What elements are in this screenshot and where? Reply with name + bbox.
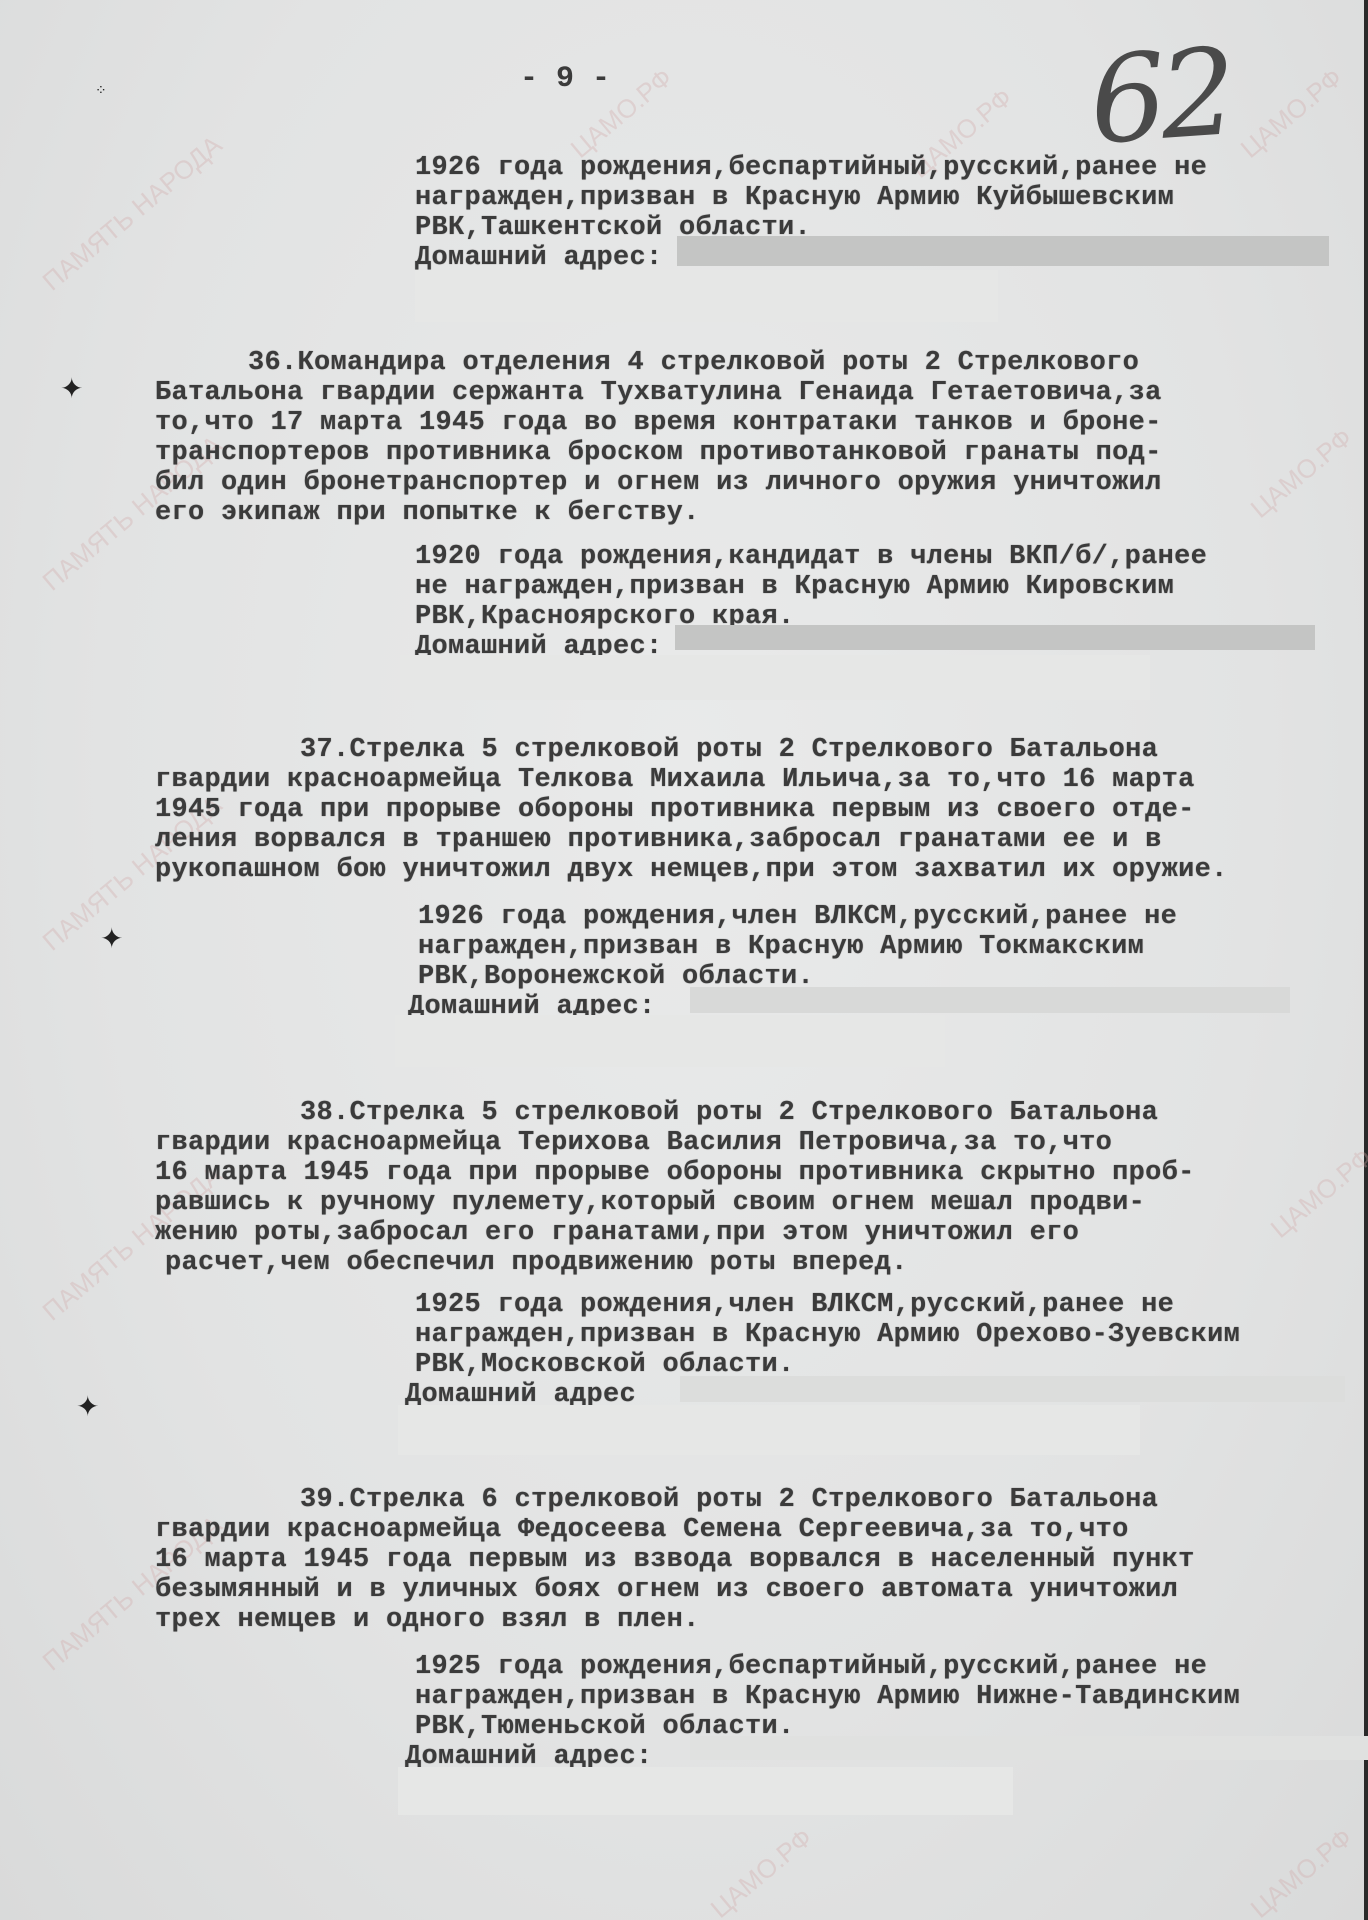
redacted-address xyxy=(395,1015,945,1067)
entry-details-line: 1926 года рождения,член ВЛКСМ,русский,ра… xyxy=(418,902,1177,932)
watermark-pamyat-naroda: ПАМЯТЬ НАРОДА xyxy=(38,131,226,295)
entry-citation-line: гвардии красноармейца Терихова Василия П… xyxy=(155,1128,1112,1158)
entry-citation-line: 36.Командира отделения 4 стрелковой роты… xyxy=(248,348,1139,378)
entry-details-line: награжден,призван в Красную Армию Токмак… xyxy=(418,932,1144,962)
watermark-tsamo: ЦАМО.РФ xyxy=(1246,1824,1357,1920)
entry-citation-line: 39.Стрелка 6 стрелковой роты 2 Стрелково… xyxy=(300,1485,1158,1515)
redacted-address xyxy=(400,655,1150,700)
entry-citation-line: 37.Стрелка 5 стрелковой роты 2 Стрелково… xyxy=(300,735,1158,765)
entry-details-line: 1925 года рождения,беспартийный,русский,… xyxy=(415,1652,1207,1682)
redacted-address xyxy=(675,625,1315,650)
punch-hole-icon: ✦ xyxy=(60,380,78,398)
watermark-tsamo: ЦАМО.РФ xyxy=(1246,424,1357,523)
entry-details-line: не награжден,призван в Красную Армию Кир… xyxy=(415,572,1174,602)
watermark-tsamo: ЦАМО.РФ xyxy=(1266,1144,1368,1243)
entry-citation-line: Батальона гвардии сержанта Тухватулина Г… xyxy=(155,378,1162,408)
entry-citation-line: трех немцев и одного взял в плен. xyxy=(155,1605,700,1635)
redacted-address xyxy=(677,236,1329,266)
entry-citation-line: равшись к ручному пулемету,который своим… xyxy=(155,1188,1145,1218)
watermark-tsamo: ЦАМО.РФ xyxy=(1236,64,1347,163)
entry-details-line: 1925 года рождения,член ВЛКСМ,русский,ра… xyxy=(415,1290,1174,1320)
redacted-address xyxy=(415,270,998,322)
entry-citation-line: жению роты,забросал его гранатами,при эт… xyxy=(155,1218,1079,1248)
entry-citation-line: 1945 года при прорыве обороны противника… xyxy=(155,795,1195,825)
watermark-tsamo: ЦАМО.РФ xyxy=(706,1824,817,1920)
punch-hole-icon: ✦ xyxy=(100,930,118,948)
entry-citation-line: бил один бронетранспортер и огнем из лич… xyxy=(155,468,1162,498)
entry-details-line: награжден,призван в Красную Армию Орехов… xyxy=(415,1320,1240,1350)
page-edge xyxy=(1364,0,1368,1920)
entry-details-line: 1926 года рождения,беспартийный,русский,… xyxy=(415,153,1207,183)
handwritten-sheet-number: 62 xyxy=(1085,23,1235,171)
entry-citation-line: то,что 17 марта 1945 года во время контр… xyxy=(155,408,1162,438)
redacted-address xyxy=(690,1736,1368,1760)
entry-details-line: 1920 года рождения,кандидат в члены ВКП/… xyxy=(415,542,1207,572)
entry-citation-line: гвардии красноармейца Телкова Михаила Ил… xyxy=(155,765,1195,795)
entry-citation-line: гвардии красноармейца Федосеева Семена С… xyxy=(155,1515,1129,1545)
redacted-address xyxy=(398,1405,1140,1455)
address-label: Домашний адрес: xyxy=(415,243,663,273)
entry-details-line: награжден,призван в Красную Армию Нижне-… xyxy=(415,1682,1240,1712)
entry-citation-line: его экипаж при попытке к бегству. xyxy=(155,498,700,528)
entry-citation-line: 16 марта 1945 года при прорыве обороны п… xyxy=(155,1158,1195,1188)
entry-details-line: награжден,призван в Красную Армию Куйбыш… xyxy=(415,183,1174,213)
entry-citation-line: 38.Стрелка 5 стрелковой роты 2 Стрелково… xyxy=(300,1098,1158,1128)
entry-citation-line: рукопашном бою уничтожил двух немцев,при… xyxy=(155,855,1228,885)
page-number: - 9 - xyxy=(520,62,610,96)
entry-citation-line: транспортеров противника броском противо… xyxy=(155,438,1162,468)
redacted-address xyxy=(398,1767,1013,1815)
entry-citation-line: ления ворвался в траншею противника,забр… xyxy=(155,825,1162,855)
redacted-address xyxy=(680,1376,1345,1402)
document-page: ПАМЯТЬ НАРОДА ПАМЯТЬ НАРОДА ПАМЯТЬ НАРОД… xyxy=(0,0,1368,1920)
entry-citation-line: безымянный и в уличных боях огнем из сво… xyxy=(155,1575,1178,1605)
punch-hole-icon: ✦ xyxy=(76,1398,94,1416)
entry-citation-line: расчет,чем обеспечил продвижению роты вп… xyxy=(165,1248,908,1278)
redacted-address xyxy=(690,987,1290,1013)
entry-citation-line: 16 марта 1945 года первым из взвода ворв… xyxy=(155,1545,1195,1575)
ink-mark-icon: ⁘ xyxy=(95,82,113,100)
